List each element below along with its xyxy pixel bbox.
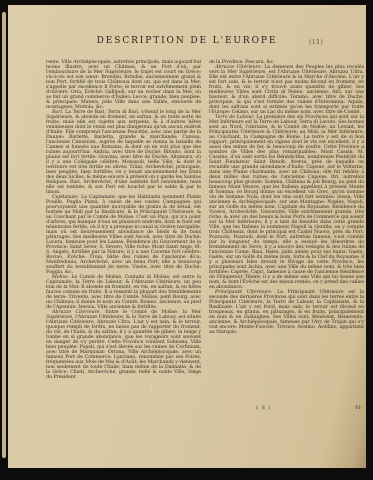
paragraph: Principauté Ultérieure. La Principauté U… xyxy=(209,290,364,335)
text-columns: rente, Ville Archiépiscopale, autrefois … xyxy=(46,60,364,380)
paragraph-lead: Bari. xyxy=(52,110,65,115)
catchword: Vi- xyxy=(355,405,362,411)
paragraph-lead: Terre de Labour. xyxy=(215,115,256,120)
paragraph: Abruzze Ultérieure. La demeure des Peupl… xyxy=(209,65,364,115)
paragraph: Abruzze Citérieure. Entre le Comté de Mo… xyxy=(46,310,201,380)
paragraph: Capitanate. La Capitanate, que les Habit… xyxy=(46,195,201,275)
text-column-left: rente, Ville Archiépiscopale, autrefois … xyxy=(46,60,201,380)
paragraph-lead: Capitanate. xyxy=(52,195,81,200)
paragraph-lead: Molise. xyxy=(52,275,71,280)
paragraph: rente, Ville Archiépiscopale, autrefois … xyxy=(46,60,201,110)
page-number: (11) xyxy=(309,39,323,46)
paragraph: Bari. La Terre de Bari, Terra di Bari, s… xyxy=(46,110,201,195)
page-edge xyxy=(2,12,6,458)
scanned-book-page: DESCRIPTION DE L'EUROPE (11) rente, Vill… xyxy=(0,0,373,480)
paragraph: Terre de Labour. La première des six Pro… xyxy=(209,115,364,290)
paragraph-lead: Principauté Ultérieure. xyxy=(215,290,277,295)
text-column-right: de la Province: Pescara, &c.Abruzze Ulté… xyxy=(209,60,364,380)
page-footer: ( S ) Vi- xyxy=(46,405,364,415)
paragraph: Molise. Le Comté de Molise, Contado di M… xyxy=(46,275,201,310)
signature-mark: ( S ) xyxy=(256,405,272,411)
paragraph-lead: Abruzze Ultérieure. xyxy=(215,65,264,70)
book-page-paper: DESCRIPTION DE L'EUROPE (11) rente, Vill… xyxy=(8,5,366,468)
running-head: DESCRIPTION DE L'EUROPE (11) xyxy=(8,36,366,54)
paragraph-lead: Abruzze Citérieure. xyxy=(52,310,105,315)
